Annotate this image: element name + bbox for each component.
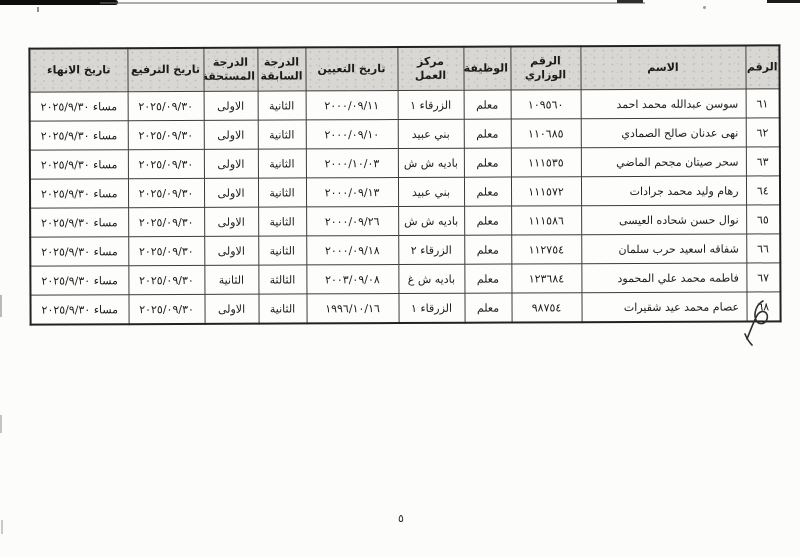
table-cell: الزرقاء ٢ [398,235,464,264]
column-header-promotion-date: تاريخ الترفيع [127,48,203,92]
table-cell: الزرقاء ١ [398,90,464,119]
table-header-row: الرقم الاسم الرقم الوزاري الوظيفة مركز ا… [29,45,779,92]
table-cell: ٦٣ [746,147,780,176]
table-cell: مساء ٢٠٢٥/٩/٣٠ [30,237,128,266]
table-cell: مساء ٢٠٢٥/٩/٣٠ [30,295,128,325]
table-cell: معلم [464,148,511,177]
table-cell: فاطمه محمد علي المحمود [581,263,746,293]
table-cell: الاولى [204,149,258,178]
table-cell: الاولى [204,120,258,149]
table-cell: ٦٧ [746,263,780,292]
table-cell: ٢٠٠٠/٠٩/١٣ [306,178,398,207]
table-cell: الثانية [258,91,306,120]
table-cell: نهى عدنان صالح الصمادي [581,118,746,148]
table-cell: سحر صيتان مجحم الماضي [581,147,746,177]
table-cell: ٢٠٢٥/٠٩/٣٠ [128,236,204,265]
table-cell: مساء ٢٠٢٥/٩/٣٠ [30,208,128,237]
table-cell: الثانية [204,265,258,294]
table-row: ٦٥نوال حسن شحاده العيسى١١١٥٨٦معلمباديه ش… [30,205,780,237]
table-cell: سوسن عبدالله محمد احمد [581,89,746,119]
table-cell: ٢٠٢٥/٠٩/٣٠ [128,120,204,149]
table-cell: ١١١٥٣٥ [511,148,581,177]
table-cell: نوال حسن شحاده العيسى [581,205,746,235]
scanned-page: الرقم الاسم الرقم الوزاري الوظيفة مركز ا… [0,0,800,557]
column-header-number: الرقم [745,45,779,89]
table-cell: مساء ٢٠٢٥/٩/٣٠ [30,266,128,295]
table-cell: ٢٠٠٠/٠٩/٢٦ [306,207,398,236]
table-cell: ٢٠٢٥/٠٩/٣٠ [128,178,204,207]
table-cell: ٢٠٠٠/٠٩/١٠ [306,120,398,149]
table-row: ٦٦شفاقه اسعيد حرب سلمان١١٢٧٥٤معلمالزرقاء… [30,234,780,266]
scan-artifact-left-edge [1,520,3,534]
table-cell: ٢٠٢٥/٠٩/٣٠ [128,207,204,236]
table-cell: الثانية [258,149,306,178]
scan-artifact-speck [703,6,706,9]
table-cell: معلم [464,206,511,235]
table-cell: الاولى [204,91,258,120]
table-cell: باديه ش ش [398,148,464,177]
table-cell: معلم [464,90,511,119]
table-cell: معلم [464,235,511,264]
table-cell: ١٠٩٥٦٠ [511,90,581,119]
table-cell: ٦٤ [746,176,780,205]
table-cell: معلم [464,293,511,323]
table-cell: شفاقه اسعيد حرب سلمان [581,234,746,264]
table-cell: باديه ش غ [398,264,464,293]
table-cell: الثالثة [258,265,306,294]
table-cell: الاولى [204,207,258,236]
column-header-entitled-grade: الدرجة المستحقة [203,48,257,92]
table-cell: ١٩٩٦/١٠/١٦ [306,294,398,324]
table-cell: الثانية [258,178,306,207]
table-cell: مساء ٢٠٢٥/٩/٣٠ [30,92,128,121]
table-cell: ١٢٣٦٨٤ [511,264,581,293]
table-cell: الثانية [258,236,306,265]
table-cell: بني عبيد [398,119,464,148]
table-cell: ٦٥ [746,205,780,234]
table-row: ٦٢نهى عدنان صالح الصمادي١١٠٦٨٥معلمبني عب… [30,118,780,150]
table-cell: معلم [464,264,511,293]
table-cell: الاولى [204,294,258,324]
table-cell: الثانية [258,120,306,149]
table-cell: ١١١٥٧٢ [511,177,581,206]
table-cell: ١١١٥٨٦ [511,206,581,235]
scan-artifact-top-dash [617,0,643,3]
table-cell: الاولى [204,236,258,265]
table-row: ٦١سوسن عبدالله محمد احمد١٠٩٥٦٠معلمالزرقا… [30,89,780,121]
table-cell: ٢٠٠٠/٠٩/١١ [306,91,398,120]
table-cell: ٦٢ [746,118,780,147]
table-body: ٦١سوسن عبدالله محمد احمد١٠٩٥٦٠معلمالزرقا… [30,89,781,325]
table-cell: مساء ٢٠٢٥/٩/٣٠ [30,150,128,179]
table-cell: ٢٠٠٠/٠٩/١٨ [306,236,398,265]
column-header-work-center: مركز العمل [397,47,463,91]
table-cell: ٢٠٢٥/٠٩/٣٠ [128,265,204,294]
scan-artifact-tick [37,7,39,12]
promotion-table: الرقم الاسم الرقم الوزاري الوظيفة مركز ا… [28,44,781,325]
table-cell: مساء ٢٠٢٥/٩/٣٠ [30,179,128,208]
table-row: ٦٣سحر صيتان مجحم الماضي١١١٥٣٥معلمباديه ش… [30,147,780,179]
table-cell: مساء ٢٠٢٥/٩/٣٠ [30,121,128,150]
table-cell: رهام وليد محمد جرادات [581,176,746,206]
table-cell: ٢٠٠٣/٠٩/٠٨ [306,265,398,294]
column-header-previous-grade: الدرجة السابقة [257,47,305,91]
scan-artifact-left-edge [0,415,2,433]
table-row: ٦٧فاطمه محمد علي المحمود١٢٣٦٨٤معلمباديه … [30,263,780,295]
column-header-name: الاسم [580,46,745,90]
promotion-table-wrap: الرقم الاسم الرقم الوزاري الوظيفة مركز ا… [28,44,779,325]
table-cell: معلم [464,177,511,206]
table-cell: ١١٢٧٥٤ [511,235,581,264]
table-cell: ١١٠٦٨٥ [511,119,581,148]
column-header-termination-date: تاريخ الانهاء [29,48,127,92]
scan-artifact-left-edge [0,295,2,317]
table-cell: معلم [464,119,511,148]
table-cell: ٩٨٧٥٤ [511,293,581,323]
table-cell: ٢٠٢٥/٠٩/٣٠ [128,149,204,178]
table-row: ٦٨عصام محمد عيد شقيرات٩٨٧٥٤معلمالزرقاء ١… [30,292,780,325]
column-header-appointment-date: تاريخ التعيين [305,47,397,91]
table-cell: ٢٠٠٠/١٠/٠٣ [306,149,398,178]
table-cell: الاولى [204,178,258,207]
table-cell: ٦٦ [746,234,780,263]
scan-artifact-top-line [100,2,645,4]
table-cell: باديه ش ش [398,206,464,235]
page-number: ٥ [391,512,411,525]
table-cell: عصام محمد عيد شقيرات [581,292,746,322]
table-cell: الزرقاء ١ [398,293,464,323]
column-header-job-title: الوظيفة [463,47,510,91]
scan-artifact-top-right [767,0,800,3]
table-cell: الثانية [258,294,306,324]
table-cell: الثانية [258,207,306,236]
table-cell: ٢٠٢٥/٠٩/٣٠ [128,91,204,120]
table-cell: ٢٠٢٥/٠٩/٣٠ [128,294,204,324]
table-cell: ٦١ [746,89,780,118]
table-row: ٦٤رهام وليد محمد جرادات١١١٥٧٢معلمبني عبي… [30,176,780,208]
table-cell: بني عبيد [398,177,464,206]
signature-mark [733,297,781,349]
column-header-ministry-number: الرقم الوزاري [510,46,580,90]
